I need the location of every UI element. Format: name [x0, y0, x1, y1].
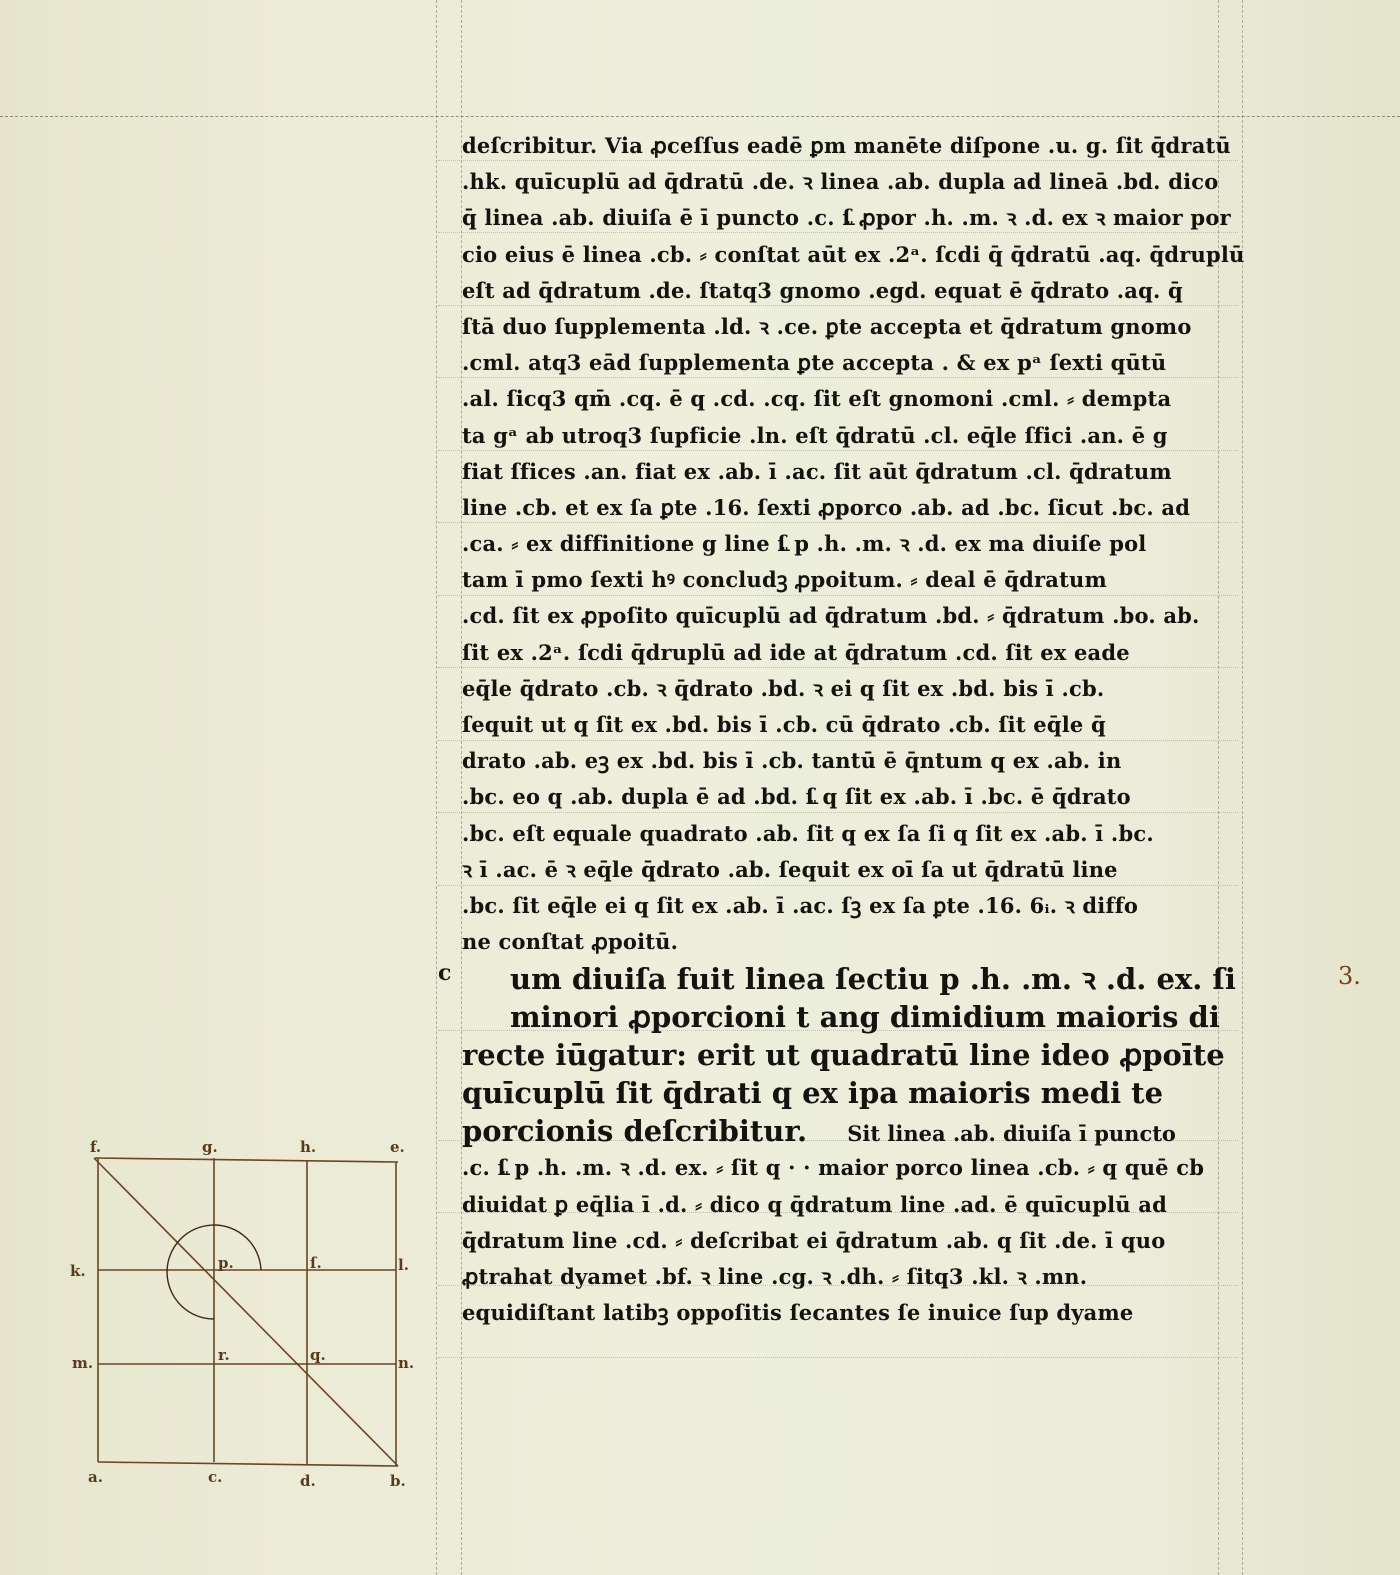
text-line: .cd. ſit ex ꝓpoſito quīcuplū ad q̄dratum…	[462, 598, 1252, 634]
initial-guide-letter: c	[438, 960, 451, 986]
text-line: ne conſtat ꝓpoitū.	[462, 924, 1252, 960]
text-line: tam ī pmo ſexti hꝰ concludꝫ ꝓpoitum. ⸗ d…	[462, 562, 1252, 598]
label-q: q.	[310, 1346, 326, 1364]
label-e: e.	[390, 1138, 405, 1156]
proposition-heading-line: porcionis deſcribitur.	[462, 1114, 807, 1148]
text-line: q̄dratum line .cd. ⸗ deſcribat ei q̄drat…	[462, 1223, 1252, 1259]
text-line: .bc. ſit eq̄le ei q ſit ex .ab. ī .ac. ſ…	[462, 888, 1252, 924]
label-b: b.	[390, 1472, 406, 1490]
proof-start-text: Sit linea .ab. diuiſa ī puncto	[847, 1121, 1176, 1146]
label-r: r.	[218, 1346, 230, 1364]
geometric-diagram: f. g. h. e. k. p. ſ. l. m. r. q. n. a. c…	[60, 1110, 440, 1490]
text-line: .c. ſ꜡ p .h. .m. ꝛ .d. ex. ⸗ ſit q · · m…	[462, 1150, 1252, 1186]
proposition-heading-line: quīcuplū ſit q̄drati q ex ipa maioris me…	[462, 1074, 1252, 1112]
text-line: ꝓtrahat dyamet .bf. ꝛ line .cg. ꝛ .dh. ⸗…	[462, 1259, 1252, 1295]
text-column: deſcribitur. Via ꝓceſſus eadē ꝑm manēte …	[462, 128, 1252, 1331]
label-g: g.	[202, 1138, 218, 1156]
label-p: p.	[218, 1254, 234, 1272]
proposition-heading-line: um diuiſa fuit linea ſectiu p .h. .m. ꝛ …	[462, 960, 1252, 998]
proposition-number: 3.	[1338, 962, 1361, 990]
text-line: .bc. eſt equale quadrato .ab. ſit q ex ſ…	[462, 816, 1252, 852]
text-line: eſt ad q̄dratum .de. ſtatq3 gnomo .egd. …	[462, 273, 1252, 309]
label-s: ſ.	[310, 1254, 322, 1272]
label-a: a.	[88, 1468, 103, 1486]
proposition-heading-last-line: porcionis deſcribitur. Sit linea .ab. di…	[462, 1112, 1252, 1150]
text-line: drato .ab. eꝫ ex .bd. bis ī .cb. tantū ē…	[462, 743, 1252, 779]
text-line: ſit ex .2ᵃ. ſcdi q̄druplū ad ide at q̄dr…	[462, 635, 1252, 671]
text-line: q̄ linea .ab. diuiſa ē ī puncto .c. ſ꜡ ꝓ…	[462, 200, 1252, 236]
label-d: d.	[300, 1472, 316, 1490]
text-line: fiat ſfices .an. fiat ex .ab. ī .ac. ſit…	[462, 454, 1252, 490]
proposition-heading-line: recte iūgatur: erit ut quadratū line ide…	[462, 1036, 1252, 1074]
text-line: .hk. quīcuplū ad q̄dratū .de. ꝛ linea .a…	[462, 164, 1252, 200]
diagram-point-labels: f. g. h. e. k. p. ſ. l. m. r. q. n. a. c…	[70, 1138, 414, 1490]
text-line: diuidat ꝑ eq̄lia ī .d. ⸗ dico q q̄dratum…	[462, 1187, 1252, 1223]
text-line: ſequit ut q ſit ex .bd. bis ī .cb. cū q̄…	[462, 707, 1252, 743]
text-line: eq̄le q̄drato .cb. ꝛ q̄drato .bd. ꝛ ei q…	[462, 671, 1252, 707]
text-line: .cml. atq3 eād ſupplementa ꝑte accepta .…	[462, 345, 1252, 381]
label-h: h.	[300, 1138, 316, 1156]
text-line: .bc. eo q .ab. dupla ē ad .bd. ſ꜡ q ſit …	[462, 779, 1252, 815]
line-ruling	[438, 1357, 1238, 1358]
text-line: equidiſtant latibꝫ oppoſitis ſecantes ſe…	[462, 1295, 1252, 1331]
text-line: deſcribitur. Via ꝓceſſus eadē ꝑm manēte …	[462, 128, 1252, 164]
label-c: c.	[208, 1468, 222, 1486]
text-line: .ca. ⸗ ex diffinitione g line ſ꜡ p .h. .…	[462, 526, 1252, 562]
label-l: l.	[398, 1256, 409, 1274]
label-m: m.	[72, 1354, 93, 1372]
text-line: ta gᵃ ab utroq3 ſupficie .ln. eſt q̄drat…	[462, 418, 1252, 454]
text-line: cio eius ē linea .cb. ⸗ conſtat aūt ex .…	[462, 237, 1252, 273]
text-line: line .cb. et ex ſa ꝑte .16. ſexti ꝓporco…	[462, 490, 1252, 526]
ruling-line-top	[0, 116, 1400, 117]
label-f: f.	[90, 1138, 101, 1156]
label-k: k.	[70, 1262, 86, 1280]
text-line: .al. ſicq3 qm̄ .cq. ē q .cd. .cq. ſit eſ…	[462, 381, 1252, 417]
text-line: ꝛ ī .ac. ē ꝛ eq̄le q̄drato .ab. ſequit e…	[462, 852, 1252, 888]
text-line: ſtā duo ſupplementa .ld. ꝛ .ce. ꝑte acce…	[462, 309, 1252, 345]
label-n: n.	[398, 1354, 414, 1372]
manuscript-page: deſcribitur. Via ꝓceſſus eadē ꝑm manēte …	[0, 0, 1400, 1575]
proposition-heading-line: minori ꝓporcioni t ang dimidium maioris …	[462, 998, 1252, 1036]
